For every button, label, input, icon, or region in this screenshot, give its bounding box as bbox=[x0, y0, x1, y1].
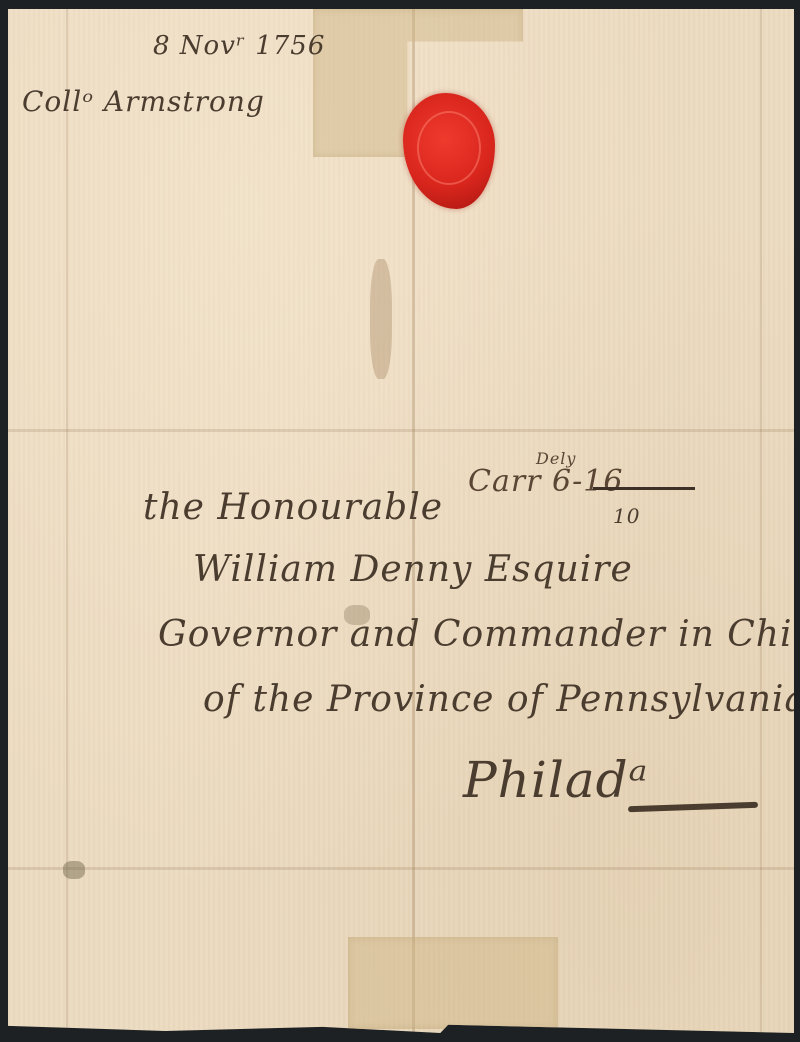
stain-mark bbox=[63, 861, 85, 879]
fold-line-vertical-right bbox=[760, 9, 762, 1033]
rate-mark-extra: 10 bbox=[613, 504, 640, 528]
wax-seal-icon bbox=[403, 93, 495, 209]
repair-tape-bottom bbox=[348, 937, 558, 1029]
strike-through-line bbox=[593, 487, 695, 490]
address-line-1: the Honourable bbox=[143, 487, 443, 528]
stain-mark bbox=[370, 259, 392, 379]
address-line-4: of the Province of Pennsylvania bbox=[203, 679, 800, 720]
rate-mark: Carr 6-16 bbox=[468, 464, 623, 499]
docket-sender: Collᵒ Armstrong bbox=[22, 85, 265, 118]
docket-date: 8 Novʳ 1756 bbox=[153, 31, 325, 61]
fold-line-vertical-left bbox=[66, 9, 68, 1033]
address-line-5: Philadᵃ bbox=[463, 751, 648, 809]
fold-line-horizontal-upper bbox=[8, 429, 794, 432]
fold-line-horizontal-lower bbox=[8, 867, 794, 870]
address-line-2: William Denny Esquire bbox=[193, 549, 633, 590]
rate-mark-superscript: Dely bbox=[536, 449, 576, 468]
address-line-3: Governor and Commander in Chief bbox=[158, 614, 800, 655]
letter-paper: 8 Novʳ 1756 Collᵒ Armstrong the Honourab… bbox=[8, 9, 794, 1033]
